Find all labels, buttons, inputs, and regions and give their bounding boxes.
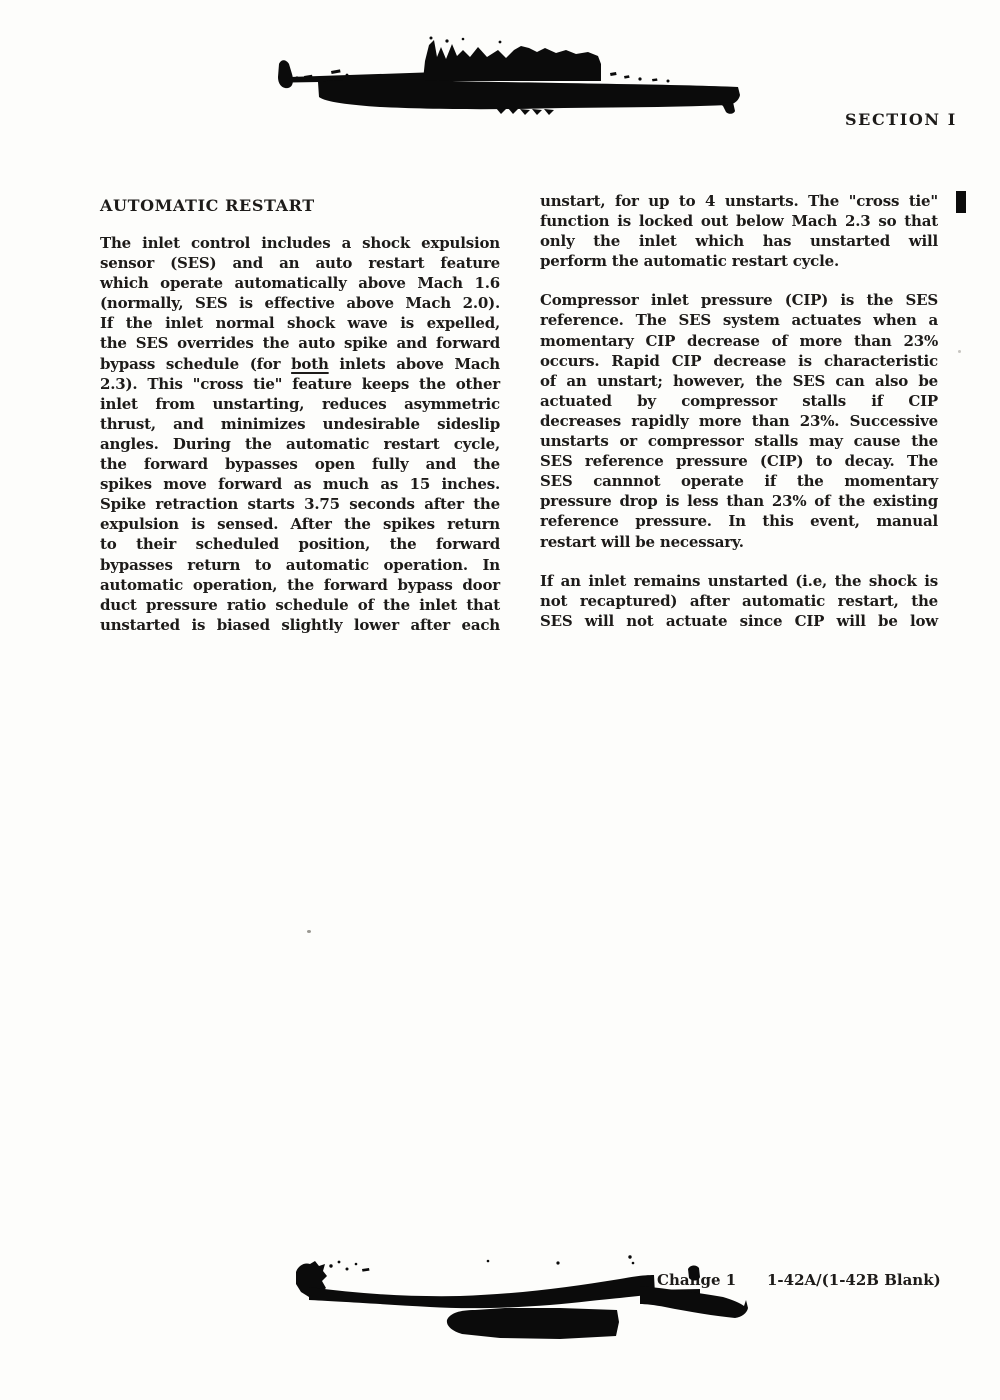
page-number-label: 1-42A/(1-42B Blank) <box>767 1271 941 1289</box>
text-line: SES cannnot operate if the momentary <box>540 471 938 491</box>
text-line: unstarts or compressor stalls may cause … <box>540 431 938 451</box>
text-line: inlet from unstarting, reduces asymmetri… <box>100 394 500 414</box>
text-line: spikes move forward as much as 15 inches… <box>100 474 500 494</box>
text-line: thrust, and minimizes undesirable sidesl… <box>100 414 500 434</box>
text-line: restart will be necessary. <box>540 532 938 552</box>
text-line: unstart, for up to 4 unstarts. The "cros… <box>540 191 938 211</box>
text-line: expulsion is sensed. After the spikes re… <box>100 514 500 534</box>
manual-page: SECTION I AUTOMATIC RESTART The inlet co… <box>0 0 1000 1400</box>
underlined-word: both <box>291 355 329 373</box>
page-title: AUTOMATIC RESTART <box>100 196 315 215</box>
paragraph: If an inlet remains unstarted (i.e, the … <box>540 571 938 631</box>
text-line: The inlet control includes a shock expul… <box>100 233 500 253</box>
scan-speck <box>307 930 311 933</box>
text-line: SES reference pressure (CIP) to decay. T… <box>540 451 938 471</box>
text-line: bypasses return to automatic operation. … <box>100 555 500 575</box>
text-line: which operate automatically above Mach 1… <box>100 273 500 293</box>
scan-speck <box>958 350 961 353</box>
text-line: of an unstart; however, the SES can also… <box>540 371 938 391</box>
text-line: decreases rapidly more than 23%. Success… <box>540 411 938 431</box>
text-line: reference pressure. In this event, manua… <box>540 511 938 531</box>
text-line: automatic operation, the forward bypass … <box>100 575 500 595</box>
text-line: occurs. Rapid CIP decrease is characteri… <box>540 351 938 371</box>
text-line: SES will not actuate since CIP will be l… <box>540 611 938 631</box>
text-line: the forward bypasses open fully and the <box>100 454 500 474</box>
text-line: bypass schedule (for both inlets above M… <box>100 354 500 374</box>
text-line: only the inlet which has unstarted will <box>540 231 938 251</box>
footer-redaction-mark <box>0 1248 1000 1378</box>
change-bar-marker <box>956 191 966 213</box>
text-line: momentary CIP decrease of more than 23% <box>540 331 938 351</box>
section-header: SECTION I <box>845 110 957 129</box>
text-line: actuated by compressor stalls if CIP <box>540 391 938 411</box>
text-line: perform the automatic restart cycle. <box>540 251 938 271</box>
left-column-text: The inlet control includes a shock expul… <box>100 233 500 635</box>
text-line: Spike retraction starts 3.75 seconds aft… <box>100 494 500 514</box>
paragraph: Compressor inlet pressure (CIP) is the S… <box>540 290 938 551</box>
text-line: angles. During the automatic restart cyc… <box>100 434 500 454</box>
text-line: function is locked out below Mach 2.3 so… <box>540 211 938 231</box>
change-number-label: Change 1 <box>657 1271 736 1289</box>
text-line: reference. The SES system actuates when … <box>540 310 938 330</box>
text-line: If the inlet normal shock wave is expell… <box>100 313 500 333</box>
text-line: unstarted is biased slightly lower after… <box>100 615 500 635</box>
footer: Change 1 1-42A/(1-42B Blank) <box>657 1271 736 1289</box>
right-column-text: unstart, for up to 4 unstarts. The "cros… <box>540 191 938 631</box>
text-line: sensor (SES) and an auto restart feature <box>100 253 500 273</box>
text-line: duct pressure ratio schedule of the inle… <box>100 595 500 615</box>
text-line: to their scheduled position, the forward <box>100 534 500 554</box>
text-line: (normally, SES is effective above Mach 2… <box>100 293 500 313</box>
text-line: Compressor inlet pressure (CIP) is the S… <box>540 290 938 310</box>
paragraph: unstart, for up to 4 unstarts. The "cros… <box>540 191 938 271</box>
text-line: If an inlet remains unstarted (i.e, the … <box>540 571 938 591</box>
text-line: not recaptured) after automatic restart,… <box>540 591 938 611</box>
text-line: the SES overrides the auto spike and for… <box>100 333 500 353</box>
text-line: pressure drop is less than 23% of the ex… <box>540 491 938 511</box>
text-line: 2.3). This "cross tie" feature keeps the… <box>100 374 500 394</box>
